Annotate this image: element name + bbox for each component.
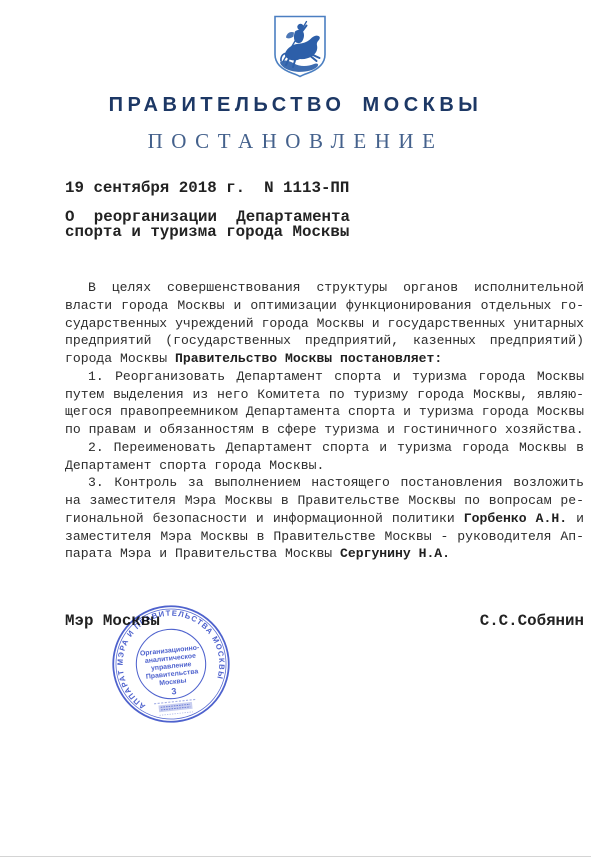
body-line: путем выделения из него Комитета по тури… [65,386,584,404]
stamp-microtext-band [154,699,197,715]
subject-line-2: спорта и туризма города Москвы [65,225,350,240]
body-line: парата Мэра и Правительства Москвы Сергу… [65,545,584,563]
body-line: на заместителя Мэра Москвы в Правительст… [65,492,584,510]
document-body: В целях совершенствования структуры орга… [65,279,584,563]
document-type-title: ПОСТАНОВЛЕНИЕ [0,129,591,154]
body-line: власти города Москвы и оптимизации функц… [65,297,584,315]
document-page: ПРАВИТЕЛЬСТВО МОСКВЫ ПОСТАНОВЛЕНИЕ 19 се… [0,0,591,857]
body-line: 2. Переименовать Департамент спорта и ту… [65,439,584,457]
body-line: гиональной безопасности и информационной… [65,510,584,528]
official-stamp: АППАРАТ МЭРА И ПРАВИТЕЛЬСТВА МОСКВЫ Орга… [102,595,240,733]
body-line: заместителя Мэра Москвы в Правительстве … [65,528,584,546]
body-line: 3. Контроль за выполнением настоящего по… [65,474,584,492]
stamp-center-number: 3 [171,686,177,696]
body-line: города Москвы Правительство Москвы поста… [65,350,584,368]
body-line: сударственных учреждений города Москвы и… [65,315,584,333]
signature-name: С.С.Собянин [480,612,584,630]
date-number-line: 19 сентября 2018 г. N 1113-ПП [65,179,349,197]
body-line: 1. Реорганизовать Департамент спорта и т… [65,368,584,386]
body-line: предприятий (государственных предприятий… [65,332,584,350]
organization-title: ПРАВИТЕЛЬСТВО МОСКВЫ [0,94,591,117]
body-line: по правам и обязанностям в сфере туризма… [65,421,584,439]
body-line: Департамент спорта города Москвы. [65,457,584,475]
body-line: щегося правопреемником Департамента спор… [65,403,584,421]
body-line: В целях совершенствования структуры орга… [65,279,584,297]
document-subject: О реорганизации Департамента спорта и ту… [65,210,350,239]
moscow-coat-of-arms-icon [273,14,327,78]
